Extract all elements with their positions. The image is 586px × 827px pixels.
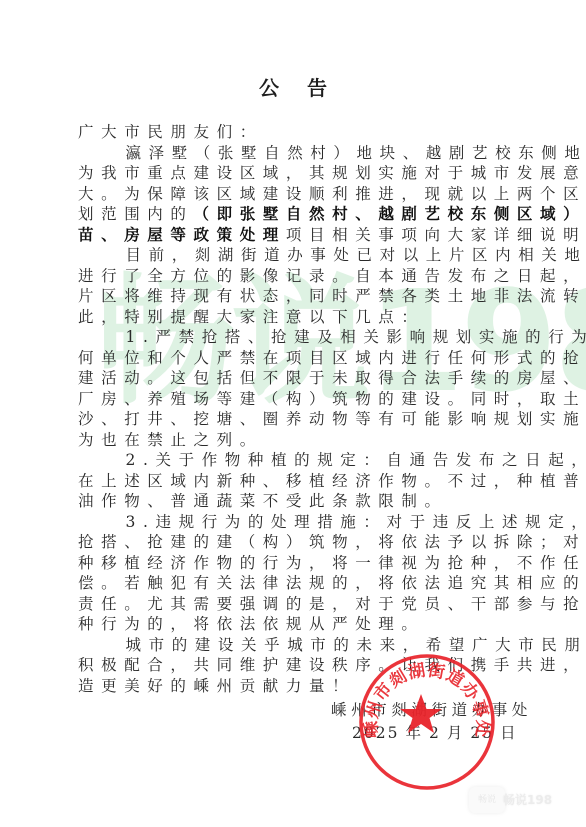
text-line: 种行为的，将依法依规从严处理。 [78,614,510,635]
notice-body: 广大市民朋友们： 瀛泽墅（张墅自然村）地块、越剧艺校东侧地块作 为我市重点建设区… [78,122,510,696]
text-line: 何单位和个人严禁在项目区域内进行任何形式的抢搭抢 [78,348,510,369]
page-title: 公告 [0,74,586,102]
text-line: 此，特别提醒大家注意以下几点： [78,307,510,328]
text-emphasis: （即张墅自然村、越剧艺校东侧区域）的青 [194,204,586,223]
text-line: 片区将维持现有状态，同时严禁各类土地非法流转。在 [78,286,510,307]
list-item-3: 3.违规行为的处理措施：对于违反上述规定，擅自 [78,512,510,533]
text-line: 为也在禁止之列。 [78,430,510,451]
text-line: 为我市重点建设区域，其规划实施对于城市发展意义重 [78,163,510,184]
text-line: 进行了全方位的影像记录。自本通告发布之日起，以上 [78,266,510,287]
text-line: 抢搭、抢建的建（构）筑物，将依法予以拆除；对于新 [78,532,510,553]
text-emphasis: 苗、房屋等政策处理 [78,225,286,244]
text-line: 划范围内的（即张墅自然村、越剧艺校东侧区域）的青 [78,204,510,225]
text-line: 种移植经济作物的行为，将一律视为抢种，不作任何补 [78,553,510,574]
text-line: 责任。尤其需要强调的是，对于党员、干部参与抢建抢 [78,594,510,615]
notice-document: 畅说198 公告 广大市民朋友们： 瀛泽墅（张墅自然村）地块、越剧艺校东侧地块作… [0,0,586,827]
text-line: 苗、房屋等政策处理项目相关事项向大家详细说明。 [78,225,510,246]
text-line: 大。为保障该区域建设顺利推进，现就以上两个区域规 [78,184,510,205]
text-normal: 划范围内的 [78,205,194,223]
text-line: 厂房、养殖场等建（构）筑物的建设。同时，取土、挖 [78,389,510,410]
title-char: 公 [259,74,279,102]
text-line: 在上述区域内新种、移植经济作物。不过，种植普通粮 [78,471,510,492]
text-line: 目前，剡湖街道办事处已对以上片区内相关地上物 [78,245,510,266]
greeting: 广大市民朋友们： [78,122,510,143]
list-item-2: 2.关于作物种植的规定：自通告发布之日起，严禁 [78,450,510,471]
text-line: 瀛泽墅（张墅自然村）地块、越剧艺校东侧地块作 [78,143,510,164]
date-day-unit: 日 [500,724,518,742]
text-normal: 项目相关事项向大家详细说明。 [286,226,586,244]
text-line: 油作物、普通蔬菜不受此条款限制。 [78,491,510,512]
app-logo-badge: 畅说 [469,787,505,813]
official-seal-icon: 嵊州市剡湖街道办事处 [357,652,497,792]
app-watermark-text: 畅说198 [503,790,552,810]
text-line: 沙、打井、挖塘、圈养动物等有可能影响规划实施的行 [78,409,510,430]
list-item-1: 1.严禁抢搭、抢建及相关影响规划实施的行为：任 [78,327,510,348]
text-line: 偿。若触犯有关法律法规的，将依法追究其相应的法律 [78,573,510,594]
text-line: 建活动。这包括但不限于未取得合法手续的房屋、棚圈、 [78,368,510,389]
title-char: 告 [307,74,327,102]
